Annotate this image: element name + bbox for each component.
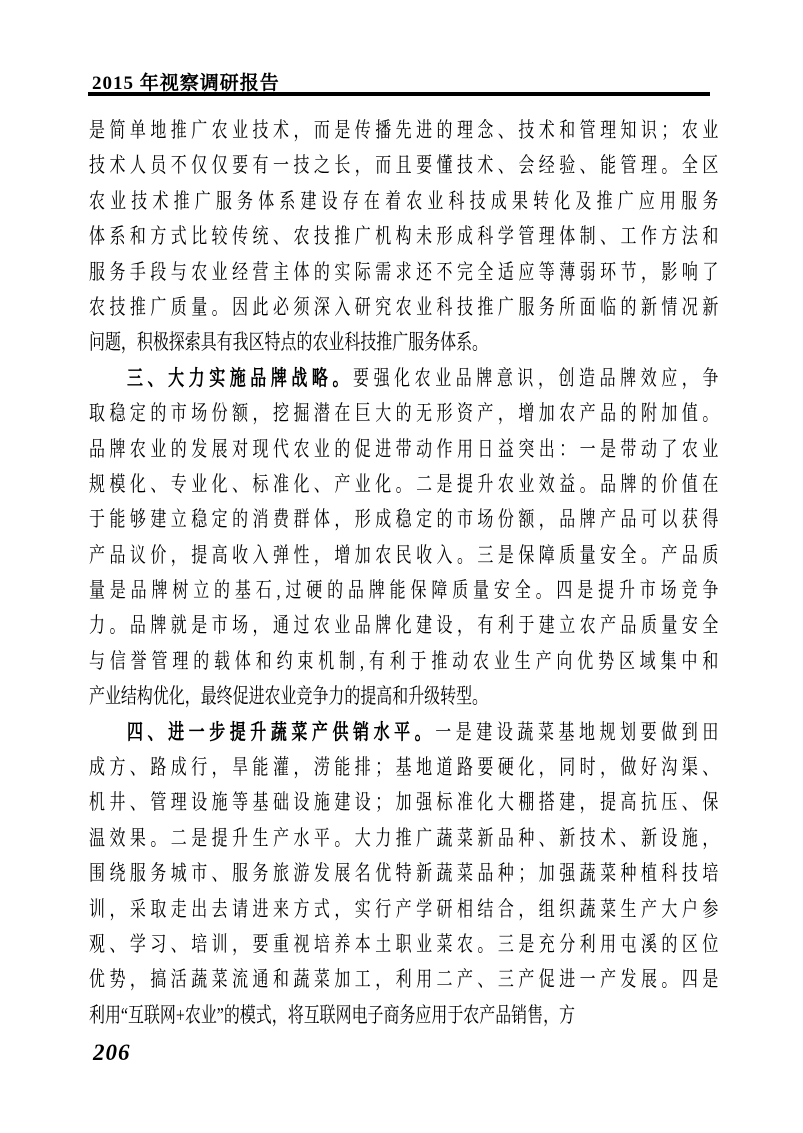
text-line: 是简单地推广农业技术，而是传播先进的理念、技术和管理知识；农业 <box>89 113 718 148</box>
text-line: 体系和方式比较传统、农技推广机构未形成科学管理体制、工作方法和 <box>89 219 718 254</box>
text-line: 三、大力实施品牌战略。要强化农业品牌意识，创造品牌效应，争 <box>89 361 718 396</box>
header-rule <box>88 92 710 96</box>
paragraph-heading: 四、进一步提升蔬菜产供销水平。 <box>127 720 435 744</box>
text-line: 温效果。二是提升生产水平。大力推广蔬菜新品种、新技术、新设施， <box>89 821 718 856</box>
running-header-title: 2015 年视察调研报告 <box>92 68 280 95</box>
page-number: 206 <box>93 1040 131 1066</box>
text-line: 训，采取走出去请进来方式，实行产学研相结合，组织蔬菜生产大户参 <box>89 892 718 927</box>
document-page: 2015 年视察调研报告 是简单地推广农业技术，而是传播先进的理念、技术和管理知… <box>0 0 803 1133</box>
text-line: 农业技术推广服务体系建设存在着农业科技成果转化及推广应用服务 <box>89 184 718 219</box>
body-lines: 是简单地推广农业技术，而是传播先进的理念、技术和管理知识；农业技术人员不仅仅要有… <box>89 113 718 1033</box>
text-line: 问题，积极探索具有我区特点的农业科技推广服务体系。 <box>89 325 718 360</box>
text-line: 利用“互联网+农业”的模式，将互联网电子商务应用于农产品销售，方 <box>89 998 718 1033</box>
text-line: 产品议价，提高收入弹性，增加农民收入。三是保障质量安全。产品质 <box>89 538 718 573</box>
paragraph-heading: 三、大力实施品牌战略。 <box>127 366 353 390</box>
text-line: 量是品牌树立的基石,过硬的品牌能保障质量安全。四是提升市场竞争 <box>89 573 718 608</box>
text-line: 围绕服务城市、服务旅游发展名优特新蔬菜品种；加强蔬菜种植科技培 <box>89 856 718 891</box>
text-line: 于能够建立稳定的消费群体，形成稳定的市场份额，品牌产品可以获得 <box>89 502 718 537</box>
text-line: 技术人员不仅仅要有一技之长，而且要懂技术、会经验、能管理。全区 <box>89 148 718 183</box>
text-line: 品牌农业的发展对现代农业的促进带动作用日益突出：一是带动了农业 <box>89 432 718 467</box>
text-line: 力。品牌就是市场，通过农业品牌化建设，有利于建立农产品质量安全 <box>89 608 718 643</box>
text-line: 取稳定的市场份额，挖掘潜在巨大的无形资产，增加农产品的附加值。 <box>89 396 718 431</box>
text-line: 观、学习、培训，要重视培养本土职业菜农。三是充分利用屯溪的区位 <box>89 927 718 962</box>
text-line: 服务手段与农业经营主体的实际需求还不完全适应等薄弱环节，影响了 <box>89 255 718 290</box>
text-line: 与信誉管理的载体和约束机制,有利于推动农业生产向优势区域集中和 <box>89 644 718 679</box>
text-line: 成方、路成行，旱能灌，涝能排；基地道路要硬化，同时，做好沟渠、 <box>89 750 718 785</box>
text-line: 优势，搞活蔬菜流通和蔬菜加工，利用二产、三产促进一产发展。四是 <box>89 962 718 997</box>
text-line: 产业结构优化，最终促进农业竞争力的提高和升级转型。 <box>89 679 718 714</box>
text-line: 四、进一步提升蔬菜产供销水平。一是建设蔬菜基地规划要做到田 <box>89 715 718 750</box>
text-line: 农技推广质量。因此必须深入研究农业科技推广服务所面临的新情况新 <box>89 290 718 325</box>
text-line: 机井、管理设施等基础设施建设；加强标准化大棚搭建，提高抗压、保 <box>89 785 718 820</box>
text-line: 规模化、专业化、标准化、产业化。二是提升农业效益。品牌的价值在 <box>89 467 718 502</box>
